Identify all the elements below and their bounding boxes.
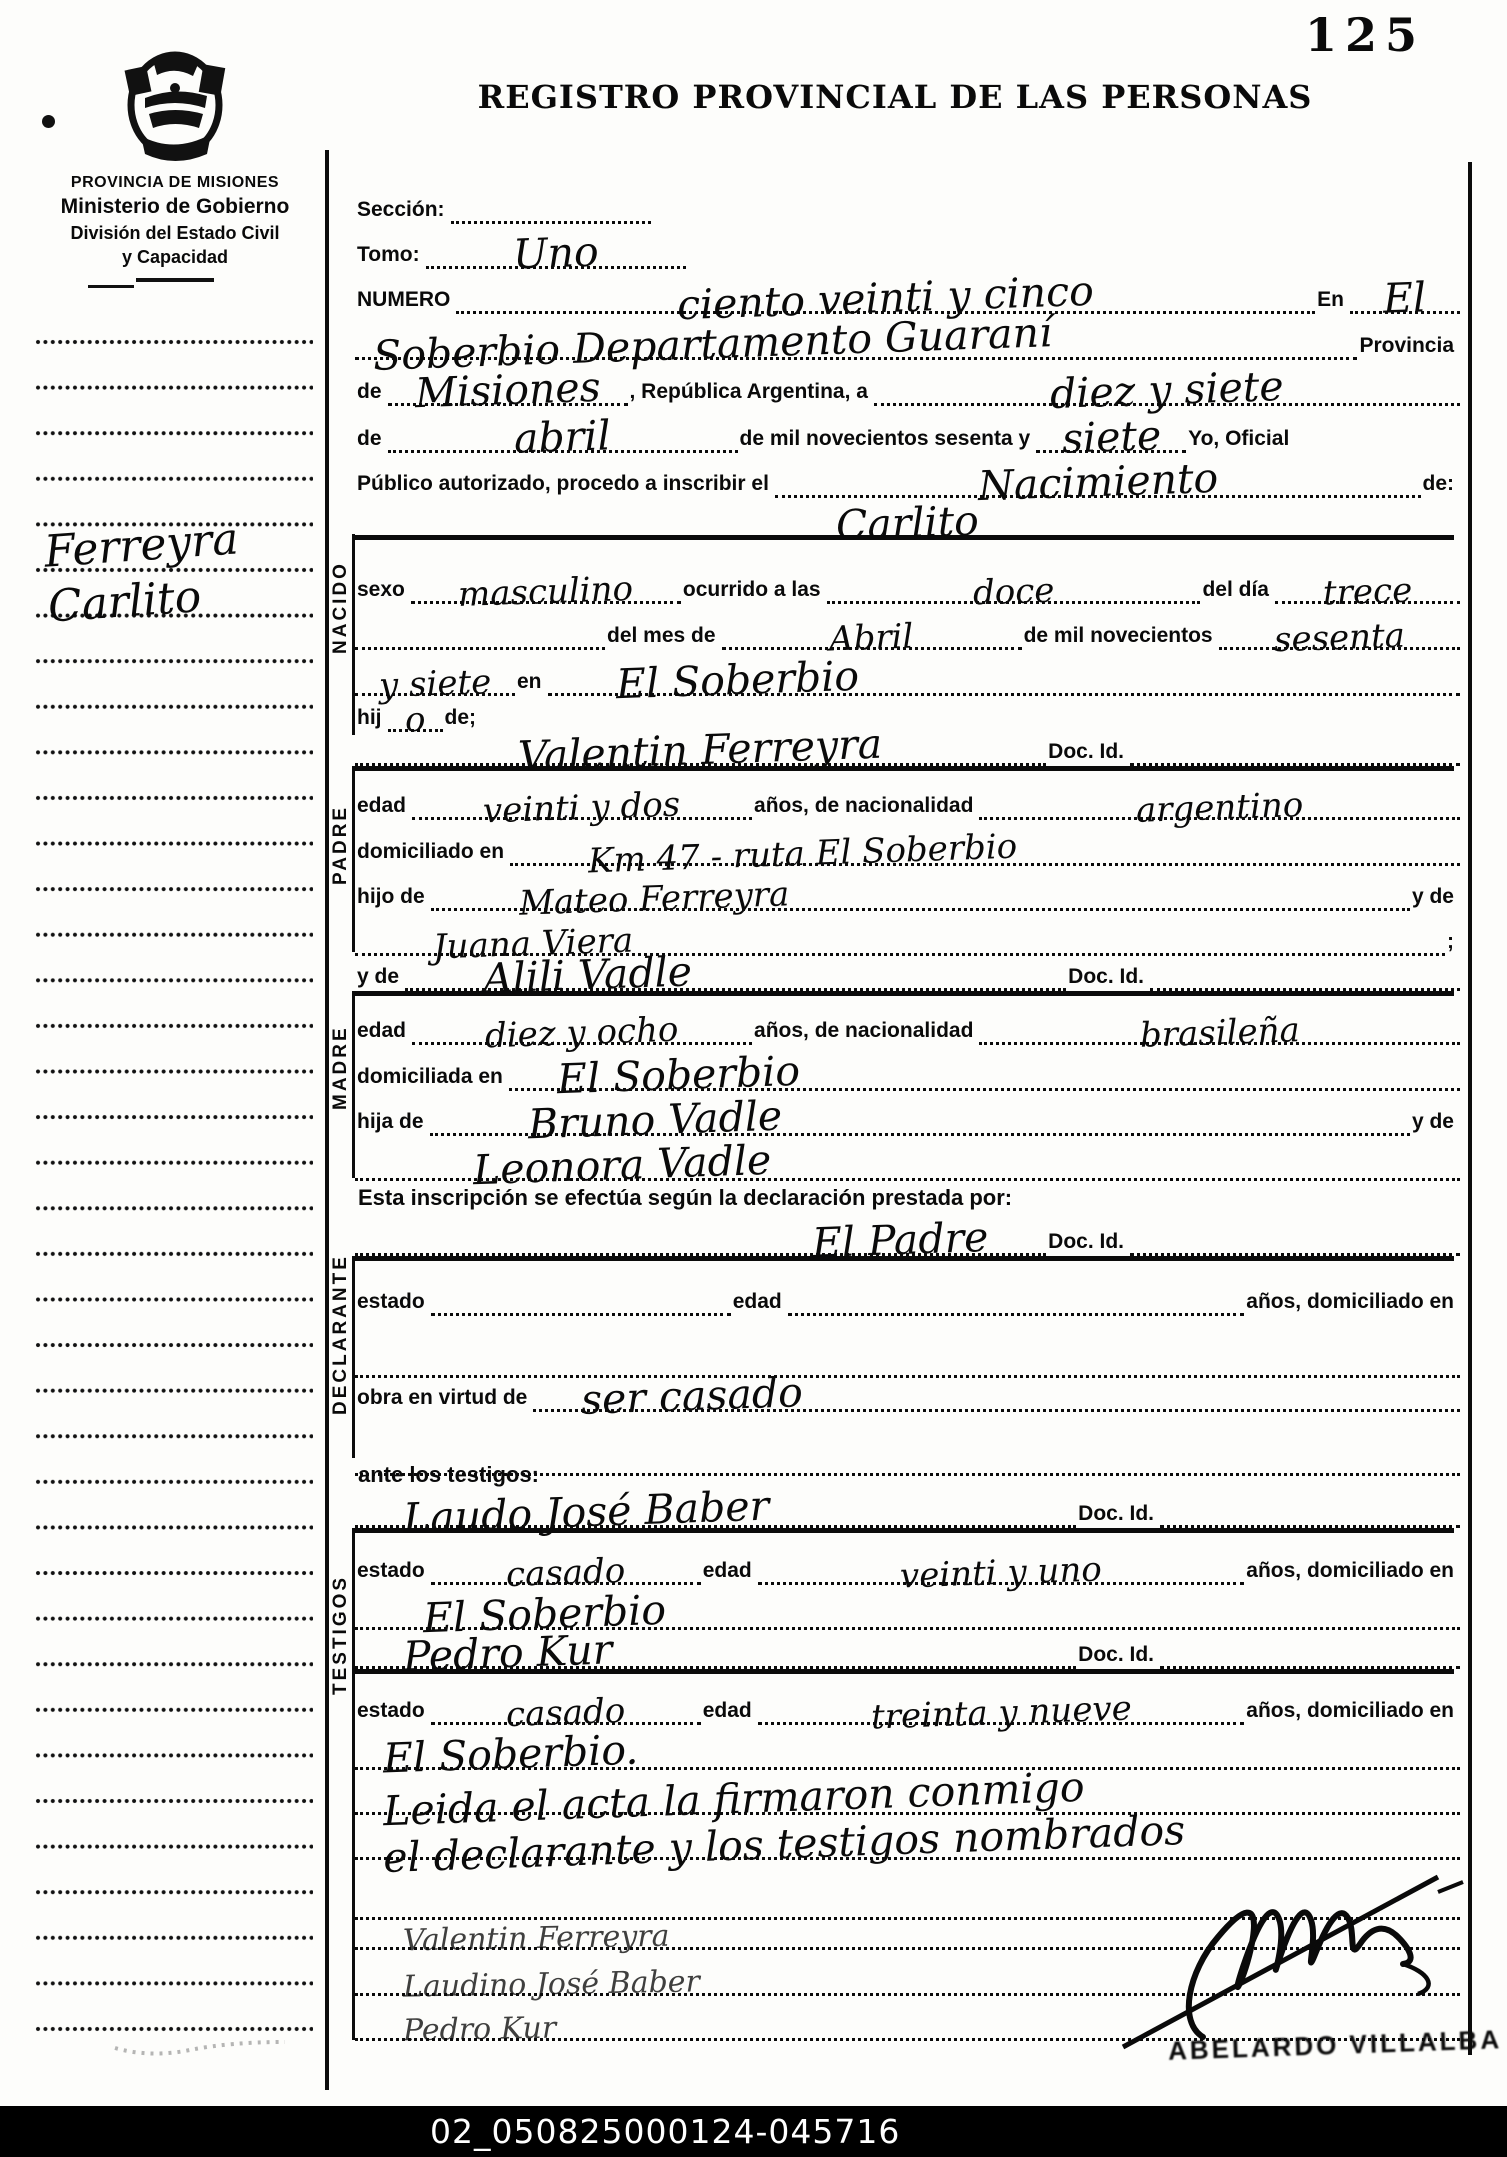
section-label-testigos: TESTIGOS <box>329 1555 353 1715</box>
field-declarante-nombre: El Padre Doc. Id. <box>355 1208 1460 1256</box>
testigo2-nombre-line: Pedro Kur <box>355 1636 1076 1669</box>
testigo2-docid-label: Doc. Id. <box>1076 1644 1160 1669</box>
letterhead-division2: y Capacidad <box>30 247 320 268</box>
testigo2-nombre-value: Pedro Kur <box>395 1636 621 1673</box>
ink-smudge <box>110 2020 290 2060</box>
padre-nacionalidad-line: argentino <box>979 793 1460 820</box>
field-lugar: Soberbio Departamento Guaraní Provincia <box>355 312 1460 360</box>
dia-value-line: diez y siete <box>874 373 1460 406</box>
field-sexo: sexo masculino ocurrido a las doce del d… <box>355 556 1460 604</box>
provincia-value-line: Misiones <box>388 373 628 406</box>
scanned-birth-record-page: { "page": { "number": "125", "footer_cod… <box>0 0 1507 2157</box>
lugar-value-line: Soberbio Departamento Guaraní <box>355 327 1357 360</box>
field-seccion: Sección: <box>355 176 1460 224</box>
field-madre-abuela: Leonora Vadle <box>355 1133 1460 1181</box>
padre-docid-label: Doc. Id. <box>1046 741 1130 766</box>
section-label-madre: MADRE <box>329 1008 353 1128</box>
field-madre-domicilio: domiciliada en El Soberbio <box>355 1043 1460 1091</box>
section-label-padre: PADRE <box>329 785 353 905</box>
cierre1-line: Leida el acta la firmaron conmigo <box>355 1782 1460 1815</box>
field-madre-edad: edad diez y ocho años, de nacionalidad b… <box>355 997 1460 1045</box>
field-declarante-estado: estado edad años, domiciliado en <box>355 1268 1460 1316</box>
en-value-line: El <box>1350 281 1460 314</box>
madre-nombre-value: Alili Vadle <box>475 958 701 995</box>
field-padre-edad: edad veinti y dos años, de nacionalidad … <box>355 772 1460 820</box>
madre-domicilio-line: El Soberbio <box>509 1058 1460 1091</box>
nombre-nacido-line: Carlito <box>355 506 1460 536</box>
field-madre-abuelo: hija de Bruno Vadle y de <box>355 1088 1460 1136</box>
letterhead-province: PROVINCIA DE MISIONES <box>30 174 320 192</box>
padre-nombre-value: Valentin Ferreyra <box>510 730 891 773</box>
madre-nacionalidad-line: brasileña <box>979 1018 1460 1045</box>
madre-abuela-value: Leonora Vadle <box>465 1146 780 1186</box>
field-testigo1-estado: estado casado edad veinti y uno años, do… <box>355 1537 1460 1585</box>
numero-label: NUMERO <box>355 289 456 314</box>
field-testigo2-domicilio: El Soberbio. <box>355 1722 1460 1770</box>
madre-edad-label: edad <box>355 1020 412 1045</box>
testigo2-edad-line: treinta y nueve <box>758 1698 1245 1725</box>
en-label: En <box>1315 289 1350 314</box>
padre-nacionalidad-label: años, de nacionalidad <box>752 795 979 820</box>
declarante-docid-label: Doc. Id. <box>1046 1231 1130 1256</box>
testigo2-domicilio-line: El Soberbio. <box>355 1737 1460 1770</box>
margin-annotation: Ferreyra Carlito <box>42 511 244 634</box>
padre-nombre-line: Valentin Ferreyra <box>355 733 1046 766</box>
field-nombre-nacido: Carlito <box>355 488 1460 536</box>
ocurrido-label: ocurrido a las <box>681 579 827 604</box>
padre-docid-line <box>1130 763 1460 766</box>
declarante-estado-label: estado <box>355 1291 431 1316</box>
provincial-seal-icon <box>119 50 231 166</box>
madre-nacionalidad-label: años, de nacionalidad <box>752 1020 979 1045</box>
field-padre-abuelo: hijo de Mateo Ferreyra y de <box>355 863 1460 911</box>
testigo2-docid-line <box>1160 1666 1460 1669</box>
field-padre-domicilio: domiciliado en Km 47 - ruta El Soberbio <box>355 818 1460 866</box>
declarante-domiciliado-label: años, domiciliado en <box>1244 1291 1460 1316</box>
hora-value-line: doce <box>827 577 1201 604</box>
declarante-edad-line <box>788 1313 1245 1316</box>
anio1-value-line: sesenta <box>1219 623 1460 650</box>
letterhead-division: División del Estado Civil <box>30 223 320 244</box>
section-label-nacido: NACIDO <box>329 540 353 675</box>
testigo1-docid-label: Doc. Id. <box>1076 1503 1160 1528</box>
madre-nombre-line: Alili Vadle <box>405 958 1066 991</box>
testigo1-edad-line: veinti y uno <box>758 1558 1245 1585</box>
madre-edad-line: diez y ocho <box>412 1018 752 1045</box>
section-label-declarante: DECLARANTE <box>329 1240 353 1430</box>
declarante-docid-line <box>1130 1253 1460 1256</box>
testigo1-docid-line <box>1160 1525 1460 1528</box>
field-mes-nacimiento: del mes de Abril de mil novecientos sese… <box>355 602 1460 650</box>
declarante-obra-value: ser casado <box>573 1378 812 1416</box>
field-numero: NUMERO ciento veinti y cinco En El <box>355 266 1460 314</box>
official-signature <box>1108 1852 1478 2052</box>
letterhead-ministry: Ministerio de Gobierno <box>30 195 320 219</box>
field-testigo2-estado: estado casado edad treinta y nueve años,… <box>355 1677 1460 1725</box>
novecientos-label: de mil novecientos <box>1022 625 1219 650</box>
numero-value-line: ciento veinti y cinco <box>456 281 1315 314</box>
field-madre-nombre: y de Alili Vadle Doc. Id. <box>355 943 1460 991</box>
madre-yde-label: y de <box>355 966 405 991</box>
de-label: de <box>355 381 388 406</box>
sexo-value-line: masculino <box>411 577 681 604</box>
scan-reference-code: 02_050825000124-045716 <box>0 2112 900 2151</box>
madre-docid-label: Doc. Id. <box>1066 966 1150 991</box>
padre-edad-label: edad <box>355 795 412 820</box>
document-title: REGISTRO PROVINCIAL DE LAS PERSONAS <box>400 78 1390 116</box>
tomo-value-line: Uno <box>426 236 686 269</box>
padre-domicilio-line: Km 47 - ruta El Soberbio <box>510 839 1460 866</box>
firma3-value: Pedro Kur <box>395 2018 565 2043</box>
testigo1-estado-line: casado <box>431 1558 701 1585</box>
padre-edad-line: veinti y dos <box>412 793 752 820</box>
mes-value-line: abril <box>388 420 738 453</box>
declarante-nombre-value: El Padre <box>803 1223 996 1259</box>
provincia-label: Provincia <box>1357 335 1460 360</box>
testigo2-estado-line: casado <box>431 1698 701 1725</box>
letterhead-rule-2 <box>88 285 134 288</box>
declarante-nombre-line: El Padre <box>355 1223 1046 1256</box>
letterhead: PROVINCIA DE MISIONES Ministerio de Gobi… <box>30 50 320 288</box>
field-fecha: de abril de mil novecientos sesenta y si… <box>355 405 1460 453</box>
field-testigo1-nombre: Laudo José Baber Doc. Id. <box>355 1480 1460 1528</box>
madre-abuela-line: Leonora Vadle <box>355 1148 1460 1181</box>
declarante-obra-label: obra en virtud de <box>355 1387 533 1412</box>
field-tomo: Tomo: Uno <box>355 221 1460 269</box>
madre-docid-line <box>1150 988 1460 991</box>
field-cierre1: Leida el acta la firmaron conmigo <box>355 1767 1460 1815</box>
en-value: El <box>1375 283 1435 315</box>
nombre-nacido-value: Carlito <box>828 507 988 542</box>
declarante-edad-label: edad <box>731 1291 788 1316</box>
cierre2-value: el declarante y los testigos nombrados <box>375 1816 1194 1874</box>
sexo-label: sexo <box>355 579 411 604</box>
page-number: 125 <box>1285 8 1445 62</box>
declarante-obra-line: ser casado <box>533 1379 1460 1412</box>
testigo1-nombre-value: Laudo José Baber <box>395 1492 778 1535</box>
letterhead-rule <box>136 278 214 282</box>
anio-value-line: siete <box>1036 420 1186 453</box>
republica-label: , República Argentina, a <box>628 381 874 406</box>
field-provincia: de Misiones , República Argentina, a die… <box>355 358 1460 406</box>
padre-abuelo-line: Mateo Ferreyra <box>431 884 1410 911</box>
form-right-border <box>1468 162 1472 2055</box>
field-declarante-obra: obra en virtud de ser casado <box>355 1364 1460 1412</box>
field-padre-nombre: Valentin Ferreyra Doc. Id. <box>355 718 1460 766</box>
del-dia-label: del día <box>1200 579 1275 604</box>
madre-abuelo-line: Bruno Vadle <box>430 1103 1410 1136</box>
declarante-estado-line <box>431 1313 731 1316</box>
field-testigo2-nombre: Pedro Kur Doc. Id. <box>355 1621 1460 1669</box>
dia-nac-value-line: trece <box>1275 577 1460 604</box>
mes-nac-value-line: Abril <box>722 623 1022 650</box>
scan-footer-bar: 02_050825000124-045716 <box>0 2106 1507 2157</box>
del-mes-label: del mes de <box>605 625 722 650</box>
testigo1-nombre-line: Laudo José Baber <box>355 1495 1076 1528</box>
